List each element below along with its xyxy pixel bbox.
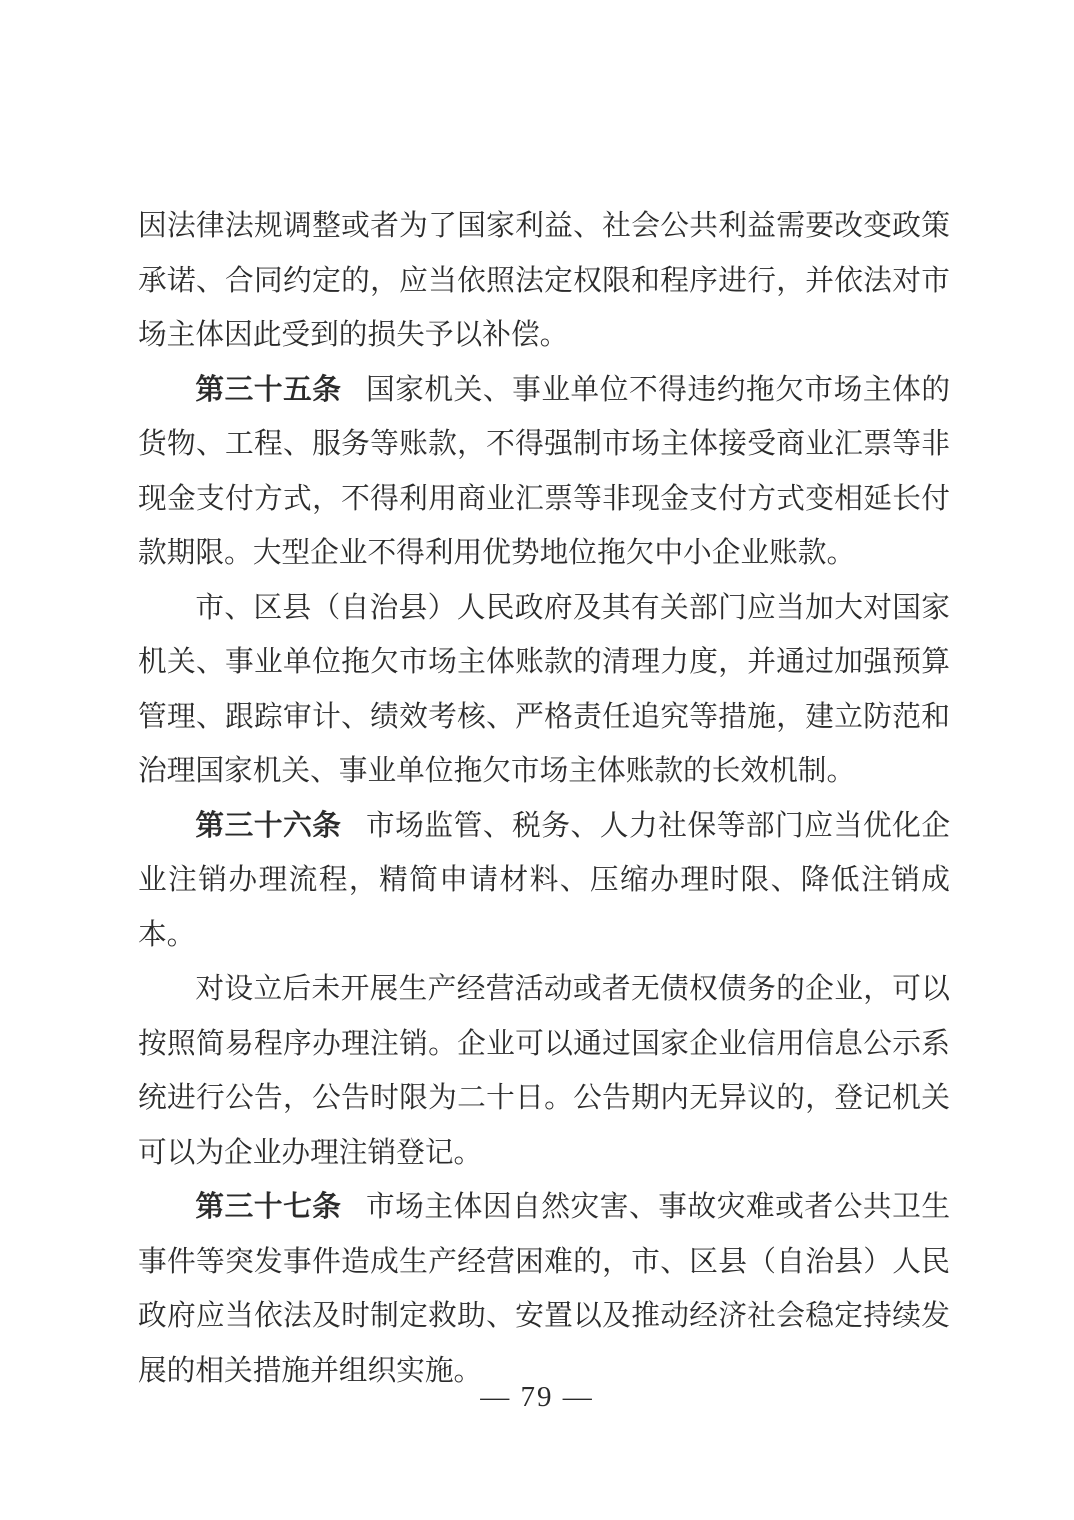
paragraph-article-35-clause-2: 市、区县（自治县）人民政府及其有关部门应当加大对国家机关、事业单位拖欠市场主体账… [138, 581, 950, 799]
document-body: 因法律法规调整或者为了国家利益、社会公共利益需要改变政策承诺、合同约定的，应当依… [138, 199, 950, 1398]
page-sheet: 因法律法规调整或者为了国家利益、社会公共利益需要改变政策承诺、合同约定的，应当依… [0, 0, 1074, 1520]
paragraph-continuation: 因法律法规调整或者为了国家利益、社会公共利益需要改变政策承诺、合同约定的，应当依… [138, 199, 950, 363]
page-number: — 79 — [0, 1381, 1074, 1414]
document-page: { "page": { "number": "— 79 —", "backgro… [0, 0, 1074, 1520]
paragraph-text: 因法律法规调整或者为了国家利益、社会公共利益需要改变政策承诺、合同约定的，应当依… [138, 210, 950, 351]
article-number: 第三十七条 [195, 1191, 341, 1223]
paragraph-article-37: 第三十七条市场主体因自然灾害、事故灾难或者公共卫生事件等突发事件造成生产经营困难… [138, 1180, 950, 1398]
article-number: 第三十六条 [195, 810, 341, 842]
paragraph-article-36: 第三十六条市场监管、税务、人力社保等部门应当优化企业注销办理流程，精简申请材料、… [138, 799, 950, 963]
paragraph-article-35: 第三十五条国家机关、事业单位不得违约拖欠市场主体的货物、工程、服务等账款，不得强… [138, 363, 950, 581]
paragraph-text: 对设立后未开展生产经营活动或者无债权债务的企业，可以按照简易程序办理注销。企业可… [138, 973, 950, 1169]
paragraph-text: 市、区县（自治县）人民政府及其有关部门应当加大对国家机关、事业单位拖欠市场主体账… [138, 592, 950, 788]
article-number: 第三十五条 [195, 374, 341, 406]
paragraph-article-36-clause-2: 对设立后未开展生产经营活动或者无债权债务的企业，可以按照简易程序办理注销。企业可… [138, 962, 950, 1180]
